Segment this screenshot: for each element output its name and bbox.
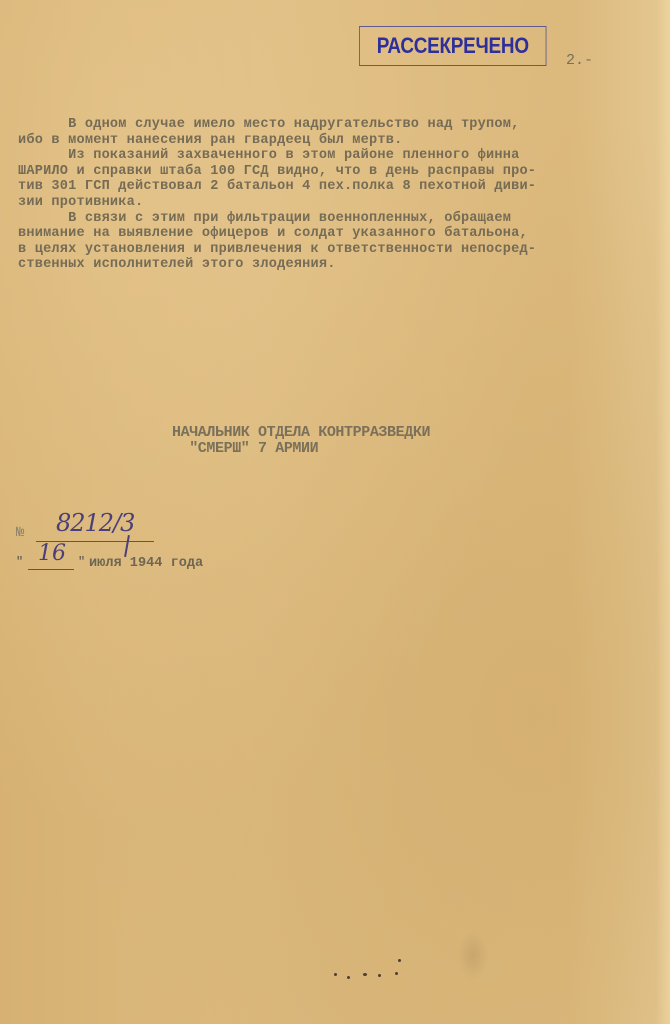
speck <box>347 976 350 979</box>
date-quote-close: " <box>78 555 85 569</box>
body-line: В связи с этим при фильтрации военноплен… <box>18 211 648 227</box>
body-line: зии противника. <box>18 195 648 211</box>
date-day-field: 16 <box>26 543 82 573</box>
number-sign: № <box>16 525 24 541</box>
body-text: В одном случае имело место надругательст… <box>18 117 648 273</box>
speck <box>395 972 398 975</box>
body-line: ственных исполнителей этого злодеяния. <box>18 257 648 273</box>
signature-unit: "СМЕРШ" 7 АРМИИ <box>172 441 430 457</box>
body-line: тив 301 ГСП действовал 2 батальон 4 пех.… <box>18 179 648 195</box>
speck <box>398 959 401 962</box>
ink-specks <box>330 955 410 985</box>
date-month-year: июля 1944 года <box>89 556 203 571</box>
body-line: В одном случае имело место надругательст… <box>18 117 648 133</box>
reference-number: 8212/3 <box>56 509 134 537</box>
speck <box>363 973 367 976</box>
speck <box>378 974 381 977</box>
handwriting-stroke <box>124 535 129 557</box>
date-quote-open: " <box>16 555 23 569</box>
body-line: внимание на выявление офицеров и солдат … <box>18 226 648 242</box>
date-underline <box>28 569 74 570</box>
signature-block: НАЧАЛЬНИК ОТДЕЛА КОНТРРАЗВЕДКИ "СМЕРШ" 7… <box>172 425 430 457</box>
body-line: ибо в момент нанесения ран гвардеец был … <box>18 133 648 149</box>
date-day: 16 <box>38 541 66 566</box>
document-page: РАССЕКРЕЧЕНО 2.- В одном случае имело ме… <box>0 0 670 1024</box>
body-line: Из показаний захваченного в этом районе … <box>18 148 648 164</box>
declassified-stamp: РАССЕКРЕЧЕНО <box>359 26 546 66</box>
page-number: 2.- <box>566 52 593 69</box>
paper-smudge <box>458 930 488 980</box>
speck <box>334 973 337 976</box>
signature-title: НАЧАЛЬНИК ОТДЕЛА КОНТРРАЗВЕДКИ <box>172 425 430 441</box>
paper-edge <box>656 0 670 1024</box>
body-line: в целях установления и привлечения к отв… <box>18 242 648 258</box>
body-line: ШАРИЛО и справки штаба 100 ГСД видно, чт… <box>18 164 648 180</box>
reference-block: № 8212/3 " 16 " июля 1944 года <box>14 505 314 585</box>
